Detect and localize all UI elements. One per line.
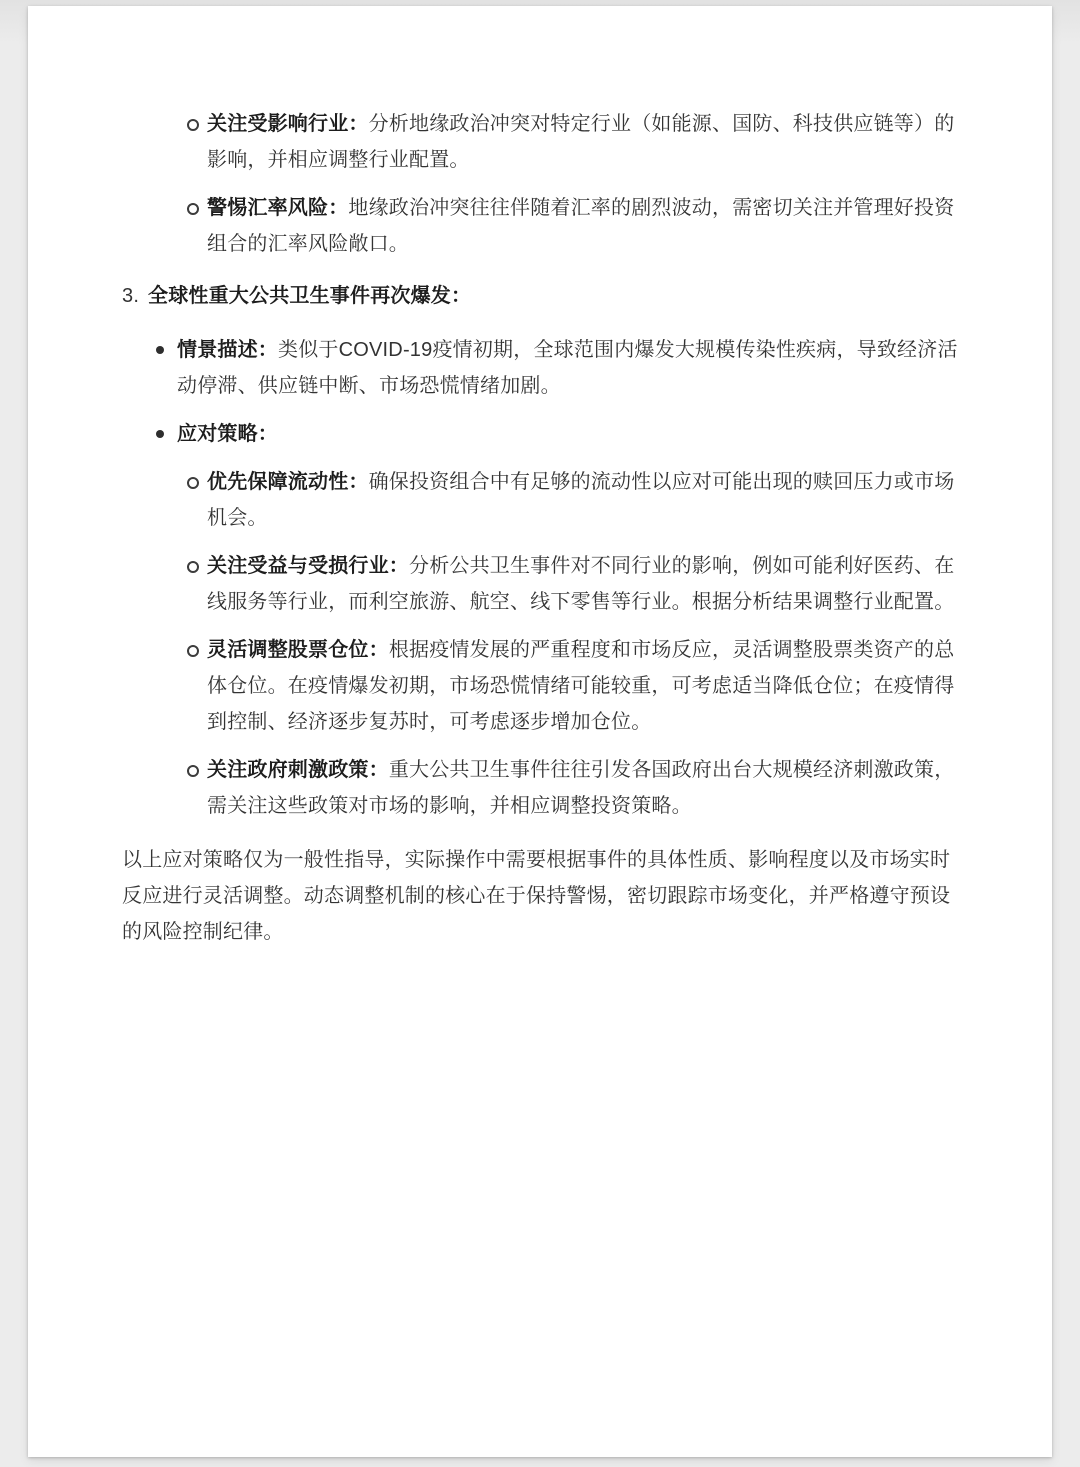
list-item-text: 优先保障流动性：确保投资组合中有足够的流动性以应对可能出现的赎回压力或市场机会。 (207, 464, 958, 536)
numbered-heading: 3. 全球性重大公共卫生事件再次爆发： (122, 278, 958, 314)
list-item-text: 关注受益与受损行业：分析公共卫生事件对不同行业的影响，例如可能利好医药、在线服务… (207, 548, 958, 620)
disc-bullet-icon (155, 332, 177, 368)
circle-bullet-icon (187, 106, 207, 142)
list-item: 灵活调整股票仓位：根据疫情发展的严重程度和市场反应，灵活调整股票类资产的总体仓位… (122, 632, 958, 740)
list-item-text: 关注受影响行业：分析地缘政治冲突对特定行业（如能源、国防、科技供应链等）的影响，… (207, 106, 958, 178)
heading-text: 全球性重大公共卫生事件再次爆发： (148, 278, 958, 314)
item-body: 类似于COVID-19疫情初期，全球范围内爆发大规模传染性疾病，导致经济活动停滞… (177, 339, 958, 397)
list-item-text: 情景描述：类似于COVID-19疫情初期，全球范围内爆发大规模传染性疾病，导致经… (177, 332, 958, 404)
item-label: 情景描述： (177, 339, 278, 361)
list-item-text: 应对策略： (177, 416, 958, 452)
circle-bullet-icon (187, 464, 207, 500)
list-item-text: 灵活调整股票仓位：根据疫情发展的严重程度和市场反应，灵活调整股票类资产的总体仓位… (207, 632, 958, 740)
list-item: 情景描述：类似于COVID-19疫情初期，全球范围内爆发大规模传染性疾病，导致经… (122, 332, 958, 404)
circle-bullet-icon (187, 548, 207, 584)
document-page: 关注受影响行业：分析地缘政治冲突对特定行业（如能源、国防、科技供应链等）的影响，… (28, 6, 1052, 1457)
heading-number: 3. (122, 278, 148, 314)
item-label: 应对策略： (177, 423, 278, 445)
item-label: 全球性重大公共卫生事件再次爆发： (148, 285, 471, 307)
list-item: 应对策略： (122, 416, 958, 452)
document-content: 关注受影响行业：分析地缘政治冲突对特定行业（如能源、国防、科技供应链等）的影响，… (28, 6, 1052, 950)
circle-bullet-icon (187, 190, 207, 226)
item-label: 优先保障流动性： (207, 471, 369, 493)
list-item: 关注受益与受损行业：分析公共卫生事件对不同行业的影响，例如可能利好医药、在线服务… (122, 548, 958, 620)
item-label: 警惕汇率风险： (207, 197, 348, 219)
disc-bullet-icon (155, 416, 177, 452)
item-label: 灵活调整股票仓位： (207, 639, 389, 661)
circle-bullet-icon (187, 752, 207, 788)
list-item: 警惕汇率风险：地缘政治冲突往往伴随着汇率的剧烈波动，需密切关注并管理好投资组合的… (122, 190, 958, 262)
item-label: 关注受益与受损行业： (207, 555, 409, 577)
list-item: 优先保障流动性：确保投资组合中有足够的流动性以应对可能出现的赎回压力或市场机会。 (122, 464, 958, 536)
list-item: 关注政府刺激政策：重大公共卫生事件往往引发各国政府出台大规模经济刺激政策，需关注… (122, 752, 958, 824)
item-label: 关注政府刺激政策： (207, 759, 389, 781)
app-background: 关注受影响行业：分析地缘政治冲突对特定行业（如能源、国防、科技供应链等）的影响，… (0, 0, 1080, 1467)
item-label: 关注受影响行业： (207, 113, 369, 135)
list-item-text: 关注政府刺激政策：重大公共卫生事件往往引发各国政府出台大规模经济刺激政策，需关注… (207, 752, 958, 824)
circle-bullet-icon (187, 632, 207, 668)
list-item-text: 警惕汇率风险：地缘政治冲突往往伴随着汇率的剧烈波动，需密切关注并管理好投资组合的… (207, 190, 958, 262)
list-item: 关注受影响行业：分析地缘政治冲突对特定行业（如能源、国防、科技供应链等）的影响，… (122, 106, 958, 178)
closing-paragraph: 以上应对策略仅为一般性指导，实际操作中需要根据事件的具体性质、影响程度以及市场实… (122, 842, 958, 950)
